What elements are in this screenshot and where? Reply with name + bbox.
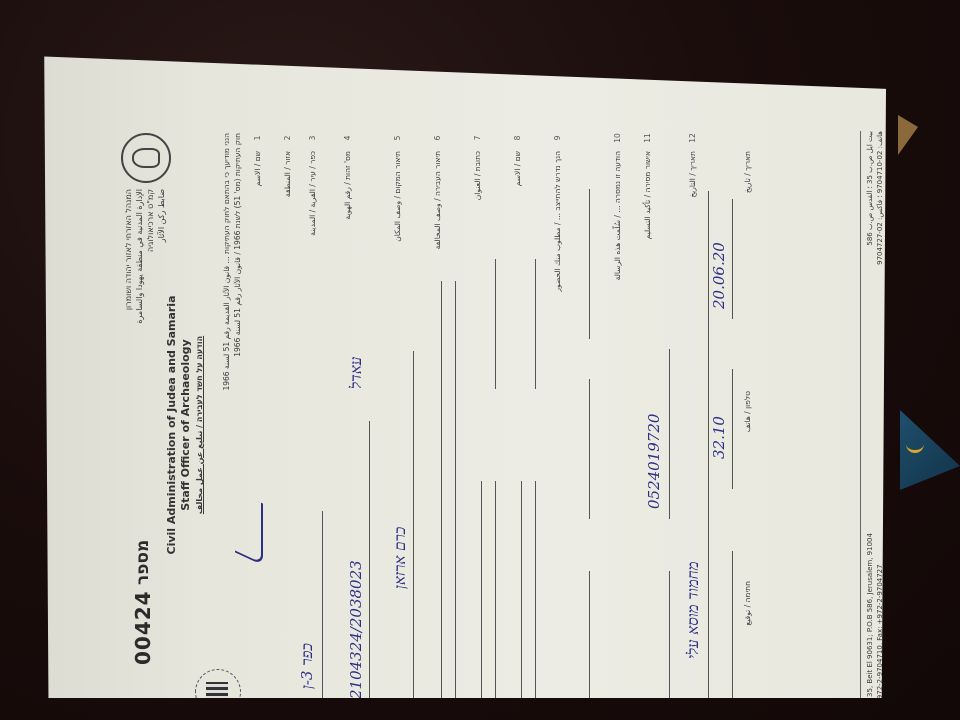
field-line	[495, 259, 496, 389]
field-line	[589, 189, 590, 339]
field-line	[369, 421, 370, 711]
field-label: שם / الاسم	[253, 151, 263, 186]
serial-label: מספר	[133, 540, 153, 585]
signer-name-handwritten[interactable]: מחמוד מוסא עלי	[688, 562, 698, 659]
field-2: 2 אזור / المنطقة	[283, 131, 303, 719]
time-handwritten[interactable]: 32.10	[714, 416, 724, 459]
sign-label: חתימה / توقيع	[743, 581, 753, 626]
place-handwritten[interactable]: כרם ארזאן	[395, 527, 405, 589]
intro-text: הנני מודיעך כי בהתאם לחוק העתיקות ... قا…	[221, 133, 243, 463]
form: המנהל האזרחי לאזור יהודה ושומרון الإدارة…	[103, 125, 903, 720]
footer-address-en: P.O.B. 35, Beit El 90631; P.O.B 586, Jer…	[865, 366, 875, 719]
field-label: שם / الاسم	[513, 151, 523, 186]
field-number: 11	[643, 131, 653, 145]
field-label: מס' זהות / رقم الهوية	[343, 151, 353, 220]
footer-en: P.O.B. 35, Beit El 90631; P.O.B 586, Jer…	[865, 366, 885, 719]
issuer-unit-he: קמ"ט ארכיאולוגיה	[145, 189, 156, 324]
field-label: תיאור המקום / وصف المكان	[393, 151, 403, 242]
paper-sheet: המנהל האזרחי לאזור יהודה ושומרון الإدارة…	[40, 50, 886, 698]
date-label: תאריך / تاريخ	[743, 151, 753, 193]
footer-contact-en: Tel: +972-2-9704710, Fax: +972-2-9704727	[875, 366, 885, 719]
issuer-block: המנהל האזרחי לאזור יהודה ושומרון الإدارة…	[123, 189, 167, 324]
background-object	[898, 115, 918, 155]
field-line	[732, 199, 733, 319]
footer-ar: بيت ايل ص.ب 35 ؛ القدس ص.ب 586 هاتف: 02-…	[865, 131, 895, 354]
field-number: 5	[393, 131, 403, 145]
intro-paragraph: הנני מודיעך כי בהתאם לחוק העתיקות ... قا…	[221, 133, 232, 463]
field-1: 1 שם / الاسم	[253, 131, 273, 719]
footer-address-ar: بيت ايل ص.ب 35 ؛ القدس ص.ب 586	[865, 131, 875, 354]
field-label: אישור מסירה / تأكيد التسليم	[643, 151, 653, 239]
phone-label: טלפון / هاتف	[743, 391, 753, 432]
title-en-line1: Civil Administration of Judea and Samari…	[165, 125, 179, 720]
signature-mark	[235, 490, 263, 565]
field-line	[481, 481, 482, 711]
footer-email[interactable]: iaarch@civiladmin.gov.il	[885, 131, 895, 354]
field-line	[413, 351, 414, 711]
footer-contact-ar: هاتف: 02-9704710 ؛ فاكس: 02-9704727	[875, 131, 885, 354]
field-label: הנך נדרש להתייצב ... / مطلوب منك الحضور	[553, 151, 563, 292]
field-number: 9	[553, 131, 563, 145]
field-label: כתובת / العنوان	[473, 151, 483, 200]
emblem-icon	[121, 133, 171, 183]
field-line	[669, 571, 670, 711]
id-number-handwritten[interactable]: 2104324/2038023	[351, 560, 361, 699]
form-footer: P.O.B. 35, Beit El 90631; P.O.B 586, Jer…	[860, 131, 895, 719]
field-label: אזור / المنطقة	[283, 151, 293, 197]
field-6: 6 תיאור העבירה / وصف المخالفة	[433, 131, 463, 719]
field-line	[732, 551, 733, 711]
issuer-he: המנהל האזרחי לאזור יהודה ושומרון	[123, 189, 134, 324]
field-line	[521, 481, 522, 711]
field-line	[669, 349, 670, 519]
field-9: 9 הנך נדרש להתייצב ... / مطلوب منك الحضو…	[553, 131, 603, 719]
field-line	[708, 191, 709, 711]
law-reference: חוק העתיקות (מס' 51) לשנת 1966 / قانون ا…	[232, 133, 243, 463]
issuer-ar: الإدارة المدنية في منطقة يهودا والسامرة	[134, 189, 145, 324]
field-12: 12 תאריך / التاريخ מחמוד מוסא עלי 20.06.…	[688, 131, 738, 719]
field-line	[535, 259, 536, 389]
field-line	[589, 571, 590, 711]
title-en: Civil Administration of Judea and Samari…	[165, 125, 193, 720]
phone-handwritten[interactable]: 0524019720	[649, 414, 659, 509]
field-number: 7	[473, 131, 483, 145]
background-object	[900, 410, 960, 490]
field-line	[441, 281, 442, 711]
name-handwritten[interactable]: עאדל	[351, 357, 361, 389]
field-line	[322, 511, 323, 711]
field-label: תיאור העבירה / وصف المخالفة	[433, 151, 443, 249]
field-label: תאריך / التاريخ	[688, 151, 698, 198]
municipal-crest-icon	[195, 669, 241, 715]
field-number: 8	[513, 131, 523, 145]
field-8: 8 שם / الاسم	[513, 131, 543, 719]
field-number: 3	[308, 131, 318, 145]
field-line	[732, 369, 733, 489]
field-4: 4 מס' זהות / رقم الهوية 2104324/2038023 …	[343, 131, 383, 719]
field-5: 5 תיאור המקום / وصف المكان כרם ארזאן	[393, 131, 423, 719]
field-10: 10 הודעה זו נמסרה ... / سُلّمت هذه الرسا…	[613, 131, 637, 719]
field-number: 2	[283, 131, 293, 145]
form-header: המנהל האזרחי לאזור יהודה ושומרון الإدارة…	[113, 125, 223, 720]
field-number: 10	[613, 131, 623, 145]
field-number: 6	[433, 131, 443, 145]
signature-block: תאריך / تاريخ טלפון / هاتف חתימה / توقيع	[743, 131, 793, 719]
field-3: 3 כפר / עיר / القرية / المدينة כפר 3-ן	[308, 131, 332, 719]
field-label: הודעה זו נמסרה ... / سُلّمت هذه الرسالة	[613, 151, 623, 280]
field-number: 12	[688, 131, 698, 145]
field-value-handwritten[interactable]: כפר 3-ן	[302, 643, 312, 689]
form-subtitle: הודעה על חשד לעבירה / تبليغ عن عمل مخالف	[195, 125, 204, 720]
field-number: 4	[343, 131, 353, 145]
serial-number: 00424	[131, 590, 155, 665]
field-line	[455, 281, 456, 711]
field-label: כפר / עיר / القرية / المدينة	[308, 151, 318, 236]
title-en-line2: Staff Officer of Archaeology	[179, 125, 193, 720]
field-line	[589, 379, 590, 519]
field-line	[495, 481, 496, 711]
date-handwritten[interactable]: 20.06.20	[714, 242, 724, 309]
field-number: 1	[253, 131, 263, 145]
field-11: 11 אישור מסירה / تأكيد التسليم 052401972…	[643, 131, 679, 719]
field-line	[535, 481, 536, 711]
field-7: 7 כתובת / العنوان	[473, 131, 503, 719]
